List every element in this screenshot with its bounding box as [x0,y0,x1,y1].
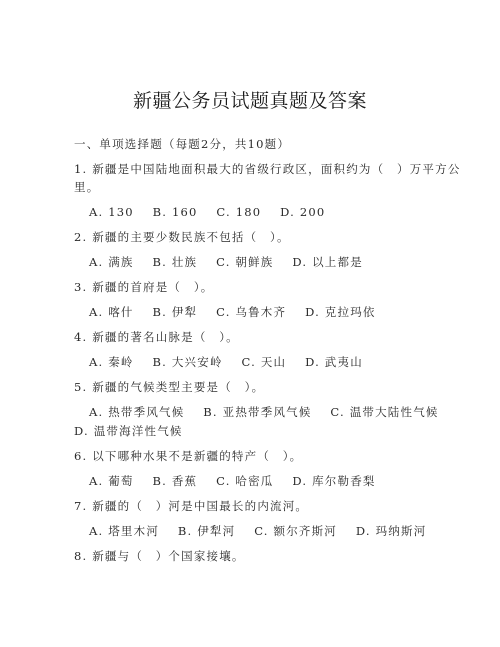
question-2-stem: 2. 新疆的主要少数民族不包括（ ）。 [74,229,290,245]
question-6-options: A. 葡萄 B. 香蕉 C. 哈密瓜 D. 库尔勒香梨 [89,473,376,489]
option-a: A. 塔里木河 [89,523,159,539]
document-title: 新疆公务员试题真题及答案 [0,86,500,113]
option-c: C. 乌鲁木齐 [216,304,286,320]
option-a: A. 秦岭 [89,354,134,370]
option-b: B. 伊犁河 [178,523,235,539]
option-d: D. 200 [280,204,325,220]
question-8-stem: 8. 新疆与（ ）个国家接壤。 [74,548,245,564]
option-a: A. 满族 [89,254,134,270]
option-b: B. 大兴安岭 [152,354,222,370]
option-c: C. 哈密瓜 [216,473,273,489]
option-a: A. 葡萄 [89,473,134,489]
question-7-options: A. 塔里木河 B. 伊犁河 C. 额尔齐斯河 D. 玛纳斯河 [89,523,426,539]
option-d: D. 克拉玛依 [305,304,376,320]
option-b: B. 160 [153,204,198,220]
question-1-stem-continued: 里。 [74,179,99,195]
question-5-stem: 5. 新疆的气候类型主要是（ ）。 [74,379,264,395]
option-a: A. 热带季风气候 [89,404,184,420]
question-1-stem: 1. 新疆是中国陆地面积最大的省级行政区，面积约为（ ）万平方公 [74,161,461,177]
option-b: B. 壮族 [152,254,197,270]
option-c: C. 天山 [242,354,287,370]
question-7-stem: 7. 新疆的（ ）河是中国最长的内流河。 [74,498,308,514]
question-5-options: A. 热带季风气候 B. 亚热带季风气候 C. 温带大陆性气候 [89,404,439,420]
section-heading: 一、单项选择题（每题2分，共10题） [74,136,290,152]
question-5-option-d: D. 温带海洋性气候 [74,423,183,439]
question-4-options: A. 秦岭 B. 大兴安岭 C. 天山 D. 武夷山 [89,354,363,370]
question-4-stem: 4. 新疆的著名山脉是（ ）。 [74,329,239,345]
option-d: D. 武夷山 [305,354,363,370]
option-a: A. 130 [89,204,134,220]
question-3-stem: 3. 新疆的首府是（ ）。 [74,279,213,295]
question-6-stem: 6. 以下哪种水果不是新疆的特产（ ）。 [74,448,302,464]
option-b: B. 亚热带季风气候 [203,404,311,420]
question-3-options: A. 喀什 B. 伊犁 C. 乌鲁木齐 D. 克拉玛依 [89,304,376,320]
option-b: B. 香蕉 [152,473,197,489]
option-c: C. 180 [216,204,261,220]
option-d: D. 玛纳斯河 [356,523,427,539]
option-b: B. 伊犁 [152,304,197,320]
option-c: C. 朝鲜族 [216,254,273,270]
option-c: C. 温带大陆性气候 [330,404,438,420]
option-c: C. 额尔齐斯河 [254,523,337,539]
question-1-options: A. 130 B. 160 C. 180 D. 200 [89,204,325,220]
question-2-options: A. 满族 B. 壮族 C. 朝鲜族 D. 以上都是 [89,254,363,270]
option-a: A. 喀什 [89,304,134,320]
option-d: D. 库尔勒香梨 [292,473,375,489]
option-d: D. 以上都是 [292,254,363,270]
